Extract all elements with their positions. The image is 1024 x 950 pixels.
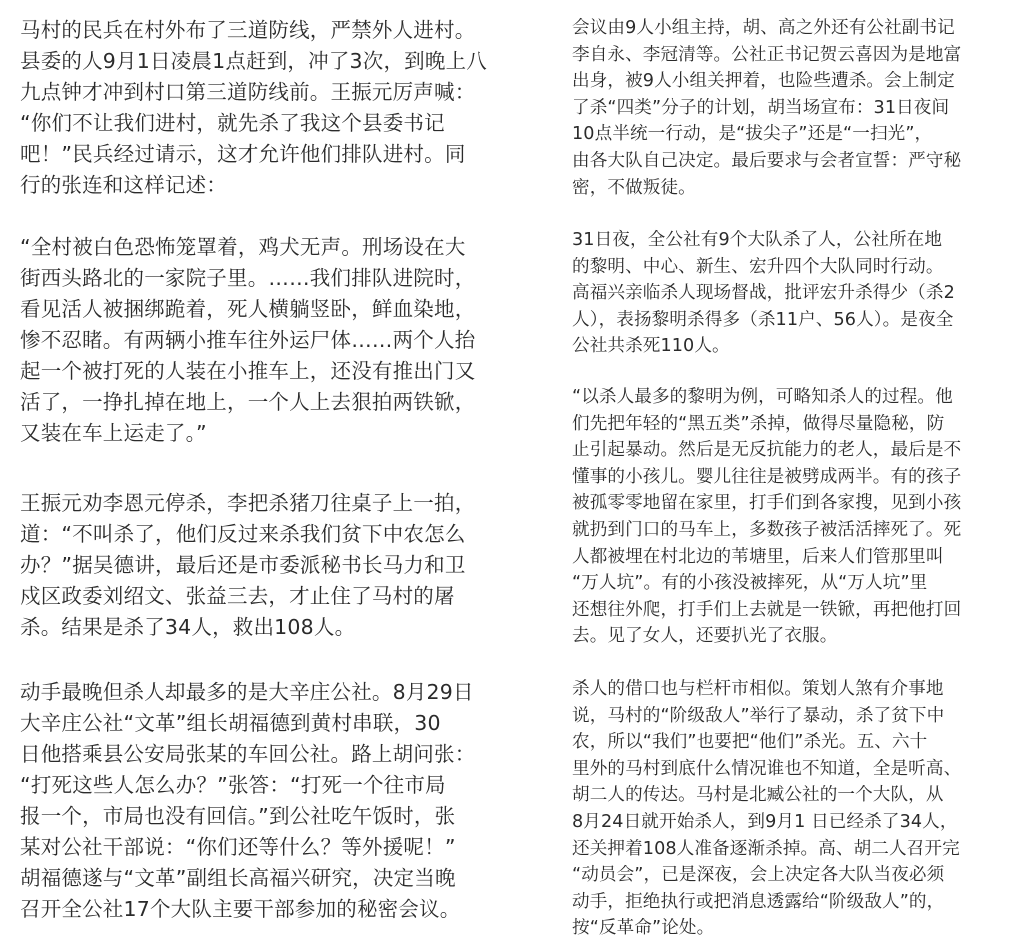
text-line: 人），表扬黎明杀得多（杀11户、56人）。是夜全: [572, 307, 1017, 334]
paragraph-pretext-for-killing: 杀人的借口也与栏杆市相似。策划人煞有介事地 说，马村的“阶级敌人”举行了暴动，杀…: [572, 676, 1017, 942]
text-line: 街西头路北的一家院子里。……我们排队进院时，: [20, 263, 520, 294]
text-line: 行的张连和这样记述：: [20, 170, 520, 201]
text-line: 止引起暴动。然后是无反抗能力的老人，最后是不: [572, 437, 1017, 464]
text-line: 大辛庄公社“文革”组长胡福德到黄村串联，30: [20, 708, 520, 739]
text-line: 密，不做叛徒。: [572, 175, 1017, 202]
text-line: 杀人的借口也与栏杆市相似。策划人煞有介事地: [572, 676, 1017, 703]
text-line: 会议由9人小组主持，胡、高之外还有公社副书记: [572, 15, 1017, 42]
text-line: 道：“不叫杀了，他们反过来杀我们贫下中农怎么: [20, 519, 520, 550]
text-line: 8月24日就开始杀人，到9月1 日已经杀了34人，: [572, 809, 1017, 836]
text-line: 胡福德遂与“文革”副组长高福兴研究，决定当晚: [20, 863, 520, 894]
text-line: 胡二人的传达。马村是北臧公社的一个大队，从: [572, 782, 1017, 809]
paragraph-daxinzhuang-commune: 动手最晚但杀人却最多的是大辛庄公社。8月29日 大辛庄公社“文革”组长胡福德到黄…: [20, 677, 520, 925]
text-line: 被孤零零地留在家里，打手们到各家搜，见到小孩: [572, 490, 1017, 517]
paragraph-ma-village-defense: 马村的民兵在村外布了三道防线，严禁外人进村。 县委的人9月1日凌晨1点赶到，冲了…: [20, 15, 520, 201]
text-line: 农，所以“我们”也要把“他们”杀光。五、六十: [572, 729, 1017, 756]
text-line: 惨不忍睹。有两辆小推车往外运尸体……两个人抬: [20, 325, 520, 356]
text-line: 九点钟才冲到村口第三道防线前。王振元厉声喊：: [20, 77, 520, 108]
paragraph-quote-zhang-lianhe: “全村被白色恐怖笼罩着，鸡犬无声。刑场设在大 街西头路北的一家院子里。……我们排…: [20, 232, 520, 449]
text-line: 还关押着108人准备逐渐杀掉。高、胡二人召开完: [572, 836, 1017, 863]
text-line: 人都被埋在村北边的苇塘里，后来人们管那里叫: [572, 544, 1017, 571]
text-line: 的黎明、中心、新生、宏升四个大队同时行动。: [572, 254, 1017, 281]
text-line: 又装在车上运走了。”: [20, 418, 520, 449]
text-line: 杀。结果是杀了34人，救出108人。: [20, 612, 520, 643]
text-line: 懂事的小孩儿。婴儿往往是被劈成两半。有的孩子: [572, 464, 1017, 491]
text-line: 去。见了女人，还要扒光了衣服。: [572, 623, 1017, 650]
paragraph-meeting: 会议由9人小组主持，胡、高之外还有公社副书记 李自永、李冠清等。公社正书记贺云喜…: [572, 15, 1017, 201]
text-line: 活了，一挣扎掉在地上，一个人上去狠拍两铁锨，: [20, 387, 520, 418]
text-line: 由各大队自己决定。最后要求与会者宣誓：严守秘: [572, 148, 1017, 175]
text-line: “全村被白色恐怖笼罩着，鸡犬无声。刑场设在大: [20, 232, 520, 263]
text-line: “打死这些人怎么办？”张答：“打死一个往市局: [20, 770, 520, 801]
text-line: 戍区政委刘绍文、张益三去，才止住了马村的屠: [20, 581, 520, 612]
text-line: 按“反革命”论处。: [572, 915, 1017, 942]
text-line: 看见活人被捆绑跪着，死人横躺竖卧，鲜血染地，: [20, 294, 520, 325]
text-line: 召开全公社17个大队主要干部参加的秘密会议。: [20, 894, 520, 925]
text-line: 动手最晚但杀人却最多的是大辛庄公社。8月29日: [20, 677, 520, 708]
text-line: 报一个，市局也没有回信。”到公社吃午饭时，张: [20, 801, 520, 832]
text-line: 31日夜，全公社有9个大队杀了人，公社所在地: [572, 227, 1017, 254]
text-line: 里外的马村到底什么情况谁也不知道，全是听高、: [572, 756, 1017, 783]
text-line: 某对公社干部说：“你们还等什么？等外援呢！”: [20, 832, 520, 863]
text-line: 公社共杀死110人。: [572, 333, 1017, 360]
paragraph-night-of-31st: 31日夜，全公社有9个大队杀了人，公社所在地 的黎明、中心、新生、宏升四个大队同…: [572, 227, 1017, 360]
text-line: 了杀“四类”分子的计划，胡当场宣布：31日夜间: [572, 95, 1017, 122]
text-line: 起一个被打死的人装在小推车上，还没有推出门又: [20, 356, 520, 387]
text-line: 10点半统一行动，是“拔尖子”还是“一扫光”，: [572, 121, 1017, 148]
text-line: “以杀人最多的黎明为例，可略知杀人的过程。他: [572, 384, 1017, 411]
text-line: 出身，被9人小组关押着，也险些遭杀。会上制定: [572, 68, 1017, 95]
text-line: “你们不让我们进村，就先杀了我这个县委书记: [20, 108, 520, 139]
text-line: 高福兴亲临杀人现场督战，批评宏升杀得少（杀2: [572, 280, 1017, 307]
text-line: 马村的民兵在村外布了三道防线，严禁外人进村。: [20, 15, 520, 46]
text-line: “动员会”，已是深夜，会上决定各大队当夜必须: [572, 862, 1017, 889]
text-line: 李自永、李冠清等。公社正书记贺云喜因为是地富: [572, 42, 1017, 69]
text-line: 日他搭乘县公安局张某的车回公社。路上胡问张：: [20, 739, 520, 770]
text-line: 还想往外爬，打手们上去就是一铁锨，再把他打回: [572, 597, 1017, 624]
paragraph-wang-zhenyuan: 王振元劝李恩元停杀，李把杀猪刀往桌子上一拍， 道：“不叫杀了，他们反过来杀我们贫…: [20, 488, 520, 643]
paragraph-liming-example: “以杀人最多的黎明为例，可略知杀人的过程。他 们先把年轻的“黑五类”杀掉，做得尽…: [572, 384, 1017, 650]
text-line: “万人坑”。有的小孩没被摔死，从“万人坑”里: [572, 570, 1017, 597]
text-line: 吧！”民兵经过请示，这才允许他们排队进村。同: [20, 139, 520, 170]
text-line: 就扔到门口的马车上，多数孩子被活活摔死了。死: [572, 517, 1017, 544]
text-line: 县委的人9月1日凌晨1点赶到，冲了3次，到晚上八: [20, 46, 520, 77]
text-line: 动手，拒绝执行或把消息透露给“阶级敌人”的，: [572, 889, 1017, 916]
text-line: 们先把年轻的“黑五类”杀掉，做得尽量隐秘，防: [572, 411, 1017, 438]
text-line: 王振元劝李恩元停杀，李把杀猪刀往桌子上一拍，: [20, 488, 520, 519]
text-line: 办？”据吴德讲，最后还是市委派秘书长马力和卫: [20, 550, 520, 581]
text-line: 说，马村的“阶级敌人”举行了暴动，杀了贫下中: [572, 703, 1017, 730]
